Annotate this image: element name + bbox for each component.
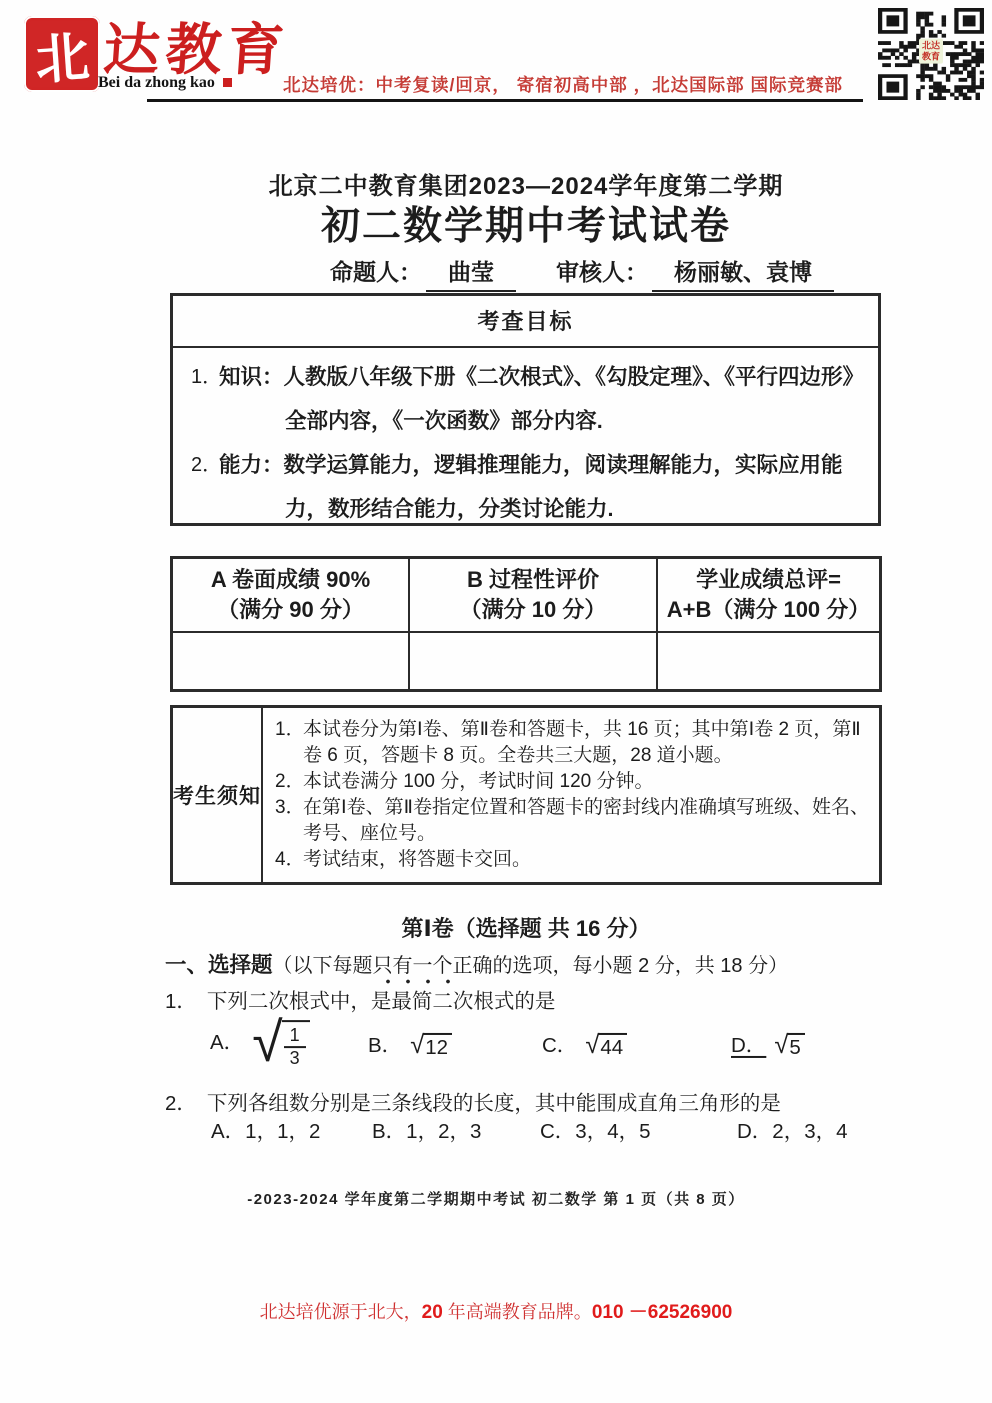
exam-paper-scan: 北 达教育 Bei da zhong kao 北达培优：中考复读/回京， 寄宿初… [0, 0, 992, 1403]
objectives-item1-text: 人教版八年级下册《二次根式》、《勾股定理》、《平行四边形》全部内容，《一次函数》… [284, 365, 854, 433]
question-2-options: A．1，1，2 B．1，2，3 C．3，4，5 D．2，3，4 [170, 1112, 960, 1146]
proposer-name: 曲莹 [426, 254, 516, 292]
option-b-label: B． [368, 1034, 402, 1057]
score-col-total-blank [658, 633, 879, 689]
instruction-pre: （以下每题 [273, 955, 373, 977]
objectives-box: 考查目标 1．知识：人教版八年级下册《二次根式》、《勾股定理》、《平行四边形》全… [170, 293, 881, 526]
notice-body: 1．本试卷分为第Ⅰ卷、第Ⅱ卷和答题卡，共 16 页；其中第Ⅰ卷 2 页，第Ⅱ卷 … [263, 708, 879, 882]
notice-item-4-number: 4． [275, 847, 305, 873]
qr-label-line1: 北达 [922, 41, 940, 51]
notice-item-2-text: 本试卷满分 100 分，考试时间 120 分钟。 [303, 771, 654, 792]
score-col-b-blank [410, 633, 658, 689]
brand-footer-pre: 北达培优源于北大， [260, 1302, 422, 1322]
score-col-b-line1: B 过程性评价 [412, 565, 654, 595]
score-col-a-header: A 卷面成绩 90% （满分 90 分） [173, 559, 410, 633]
header-tagline: 北达培优：中考复读/回京， 寄宿初高中部 ，北达国际部 国际竞赛部 [283, 72, 843, 97]
qr-label-line2: 教育 [922, 51, 940, 61]
exam-main-title: 初二数学期中考试试卷 [170, 195, 882, 251]
option-c-label: C． [542, 1034, 577, 1057]
score-col-total-line1: 学业成绩总评= [660, 565, 877, 595]
notice-item-1: 1．本试卷分为第Ⅰ卷、第Ⅱ卷和答题卡，共 16 页；其中第Ⅰ卷 2 页，第Ⅱ卷 … [273, 717, 871, 769]
sqrt-one-third: √13 [252, 1020, 309, 1068]
sqrt-44: √44 [585, 1033, 627, 1060]
choice-section-heading: 一、选择题 [165, 953, 273, 977]
question-1-number: 1． [165, 990, 197, 1013]
fraction-denominator: 3 [290, 1048, 300, 1068]
radical-sign: √ [774, 1033, 788, 1057]
brand-footer-years: 20 [422, 1302, 443, 1323]
notice-box: 考生须知 1．本试卷分为第Ⅰ卷、第Ⅱ卷和答题卡，共 16 页；其中第Ⅰ卷 2 页… [170, 705, 882, 885]
sqrt-5: √5 [774, 1033, 804, 1060]
score-col-a-line2: （满分 90 分） [175, 595, 406, 625]
notice-item-3-text: 在第Ⅰ卷、第Ⅱ卷指定位置和答题卡的密封线内准确填写班级、姓名、考号、座位号。 [303, 797, 869, 844]
notice-item-4: 4．考试结束，将答题卡交回。 [273, 847, 871, 873]
part1-title: 第Ⅰ卷（选择题 共 16 分） [170, 912, 882, 943]
radical-sign: √ [252, 1020, 282, 1065]
reviewer-label: 审核人： [556, 259, 648, 285]
notice-item-2-number: 2． [275, 769, 305, 795]
radical-sign: √ [410, 1033, 424, 1057]
brand-footer-mid: 年高端教育品牌。 [443, 1302, 592, 1322]
brand-footer-phone: 010 －62526900 [592, 1302, 733, 1323]
option-a-label: A． [210, 1031, 244, 1054]
question-2-option-b: B．1，2，3 [372, 1114, 481, 1144]
notice-item-4-text: 考试结束，将答题卡交回。 [303, 849, 531, 870]
objectives-item-knowledge: 1．知识：人教版八年级下册《二次根式》、《勾股定理》、《平行四边形》全部内容，《… [185, 355, 864, 443]
header-divider [147, 99, 863, 102]
sqrt-12: √12 [410, 1033, 452, 1060]
score-col-total-header: 学业成绩总评= A+B（满分 100 分） [658, 559, 879, 633]
radicand: 13 [282, 1020, 310, 1068]
score-col-total-line2: A+B（满分 100 分） [660, 595, 877, 625]
instruction-emphasized: 只有一个 [373, 955, 453, 984]
fraction-one-third: 13 [284, 1026, 306, 1068]
question-2-option-a: A．1，1，2 [211, 1114, 320, 1144]
radicand: 44 [598, 1033, 627, 1060]
radical-sign: √ [585, 1033, 599, 1057]
brand-subtitle-text: Bei da zhong kao [98, 74, 215, 91]
question-2-option-d: D．2，3，4 [737, 1114, 848, 1144]
brand-footer: 北达培优源于北大，20 年高端教育品牌。010 －62526900 [0, 1297, 992, 1324]
notice-item-1-number: 1． [275, 717, 305, 743]
notice-label: 考生须知 [173, 708, 263, 882]
choice-section-instruction: 一、选择题（以下每题只有一个正确的选项，每小题 2 分，共 18 分） [165, 948, 788, 979]
qr-center-label: 北达 教育 [919, 39, 943, 64]
question-2-option-c: C．3，4，5 [540, 1114, 651, 1144]
objectives-item1-number: 1． [191, 355, 222, 399]
objectives-item2-number: 2． [191, 443, 222, 487]
brand-seal: 北 [24, 16, 100, 92]
objectives-title: 考查目标 [173, 296, 878, 348]
brand-red-square-icon [223, 78, 232, 87]
objectives-item2-label: 能力： [219, 453, 284, 477]
brand-subtitle: Bei da zhong kao [98, 74, 232, 92]
question-1-option-d: D．√5 [731, 1028, 805, 1060]
notice-item-3: 3．在第Ⅰ卷、第Ⅱ卷指定位置和答题卡的密封线内准确填写班级、姓名、考号、座位号。 [273, 795, 871, 847]
brand-seal-char: 北 [32, 14, 91, 95]
question-1: 1．下列二次根式中，是最简二次根式的是 [165, 984, 555, 1014]
proposer-label: 命题人： [330, 259, 422, 285]
notice-item-3-number: 3． [275, 795, 305, 821]
option-d-label: D． [731, 1034, 766, 1057]
score-col-a-blank [173, 633, 410, 689]
exam-byline: 命题人：曲莹审核人：杨丽敏、袁博 [330, 254, 838, 292]
instruction-post: 正确的选项，每小题 2 分，共 18 分） [453, 955, 789, 977]
radicand: 12 [423, 1033, 452, 1060]
score-table: A 卷面成绩 90% （满分 90 分） B 过程性评价 （满分 10 分） 学… [170, 556, 882, 692]
objectives-item-ability: 2．能力：数学运算能力，逻辑推理能力，阅读理解能力，实际应用能力，数形结合能力，… [185, 443, 864, 531]
notice-item-2: 2．本试卷满分 100 分，考试时间 120 分钟。 [273, 769, 871, 795]
page-number-footer: -2023-2024 学年度第二学期期中考试 初二数学 第 1 页（共 8 页） [0, 1188, 992, 1209]
qr-code: 北达 教育 [878, 8, 984, 100]
question-1-option-c: C．√44 [542, 1028, 627, 1060]
notice-item-1-text: 本试卷分为第Ⅰ卷、第Ⅱ卷和答题卡，共 16 页；其中第Ⅰ卷 2 页，第Ⅱ卷 6 … [303, 719, 861, 766]
objectives-item2-text: 数学运算能力，逻辑推理能力，阅读理解能力，实际应用能力，数形结合能力，分类讨论能… [284, 453, 843, 521]
score-col-a-line1: A 卷面成绩 90% [175, 565, 406, 595]
objectives-item1-label: 知识： [219, 365, 284, 389]
question-1-text: 下列二次根式中，是最简二次根式的是 [207, 990, 556, 1013]
reviewer-name: 杨丽敏、袁博 [652, 254, 834, 292]
score-col-b-header: B 过程性评价 （满分 10 分） [410, 559, 658, 633]
question-1-option-a: A．√13 [210, 1020, 310, 1068]
fraction-numerator: 1 [284, 1026, 306, 1048]
radicand: 5 [787, 1033, 804, 1060]
objectives-body: 1．知识：人教版八年级下册《二次根式》、《勾股定理》、《平行四边形》全部内容，《… [173, 348, 878, 531]
question-1-options: A．√13 B．√12 C．√44 D．√5 [170, 1012, 960, 1076]
score-col-b-line2: （满分 10 分） [412, 595, 654, 625]
question-1-option-b: B．√12 [368, 1028, 452, 1060]
